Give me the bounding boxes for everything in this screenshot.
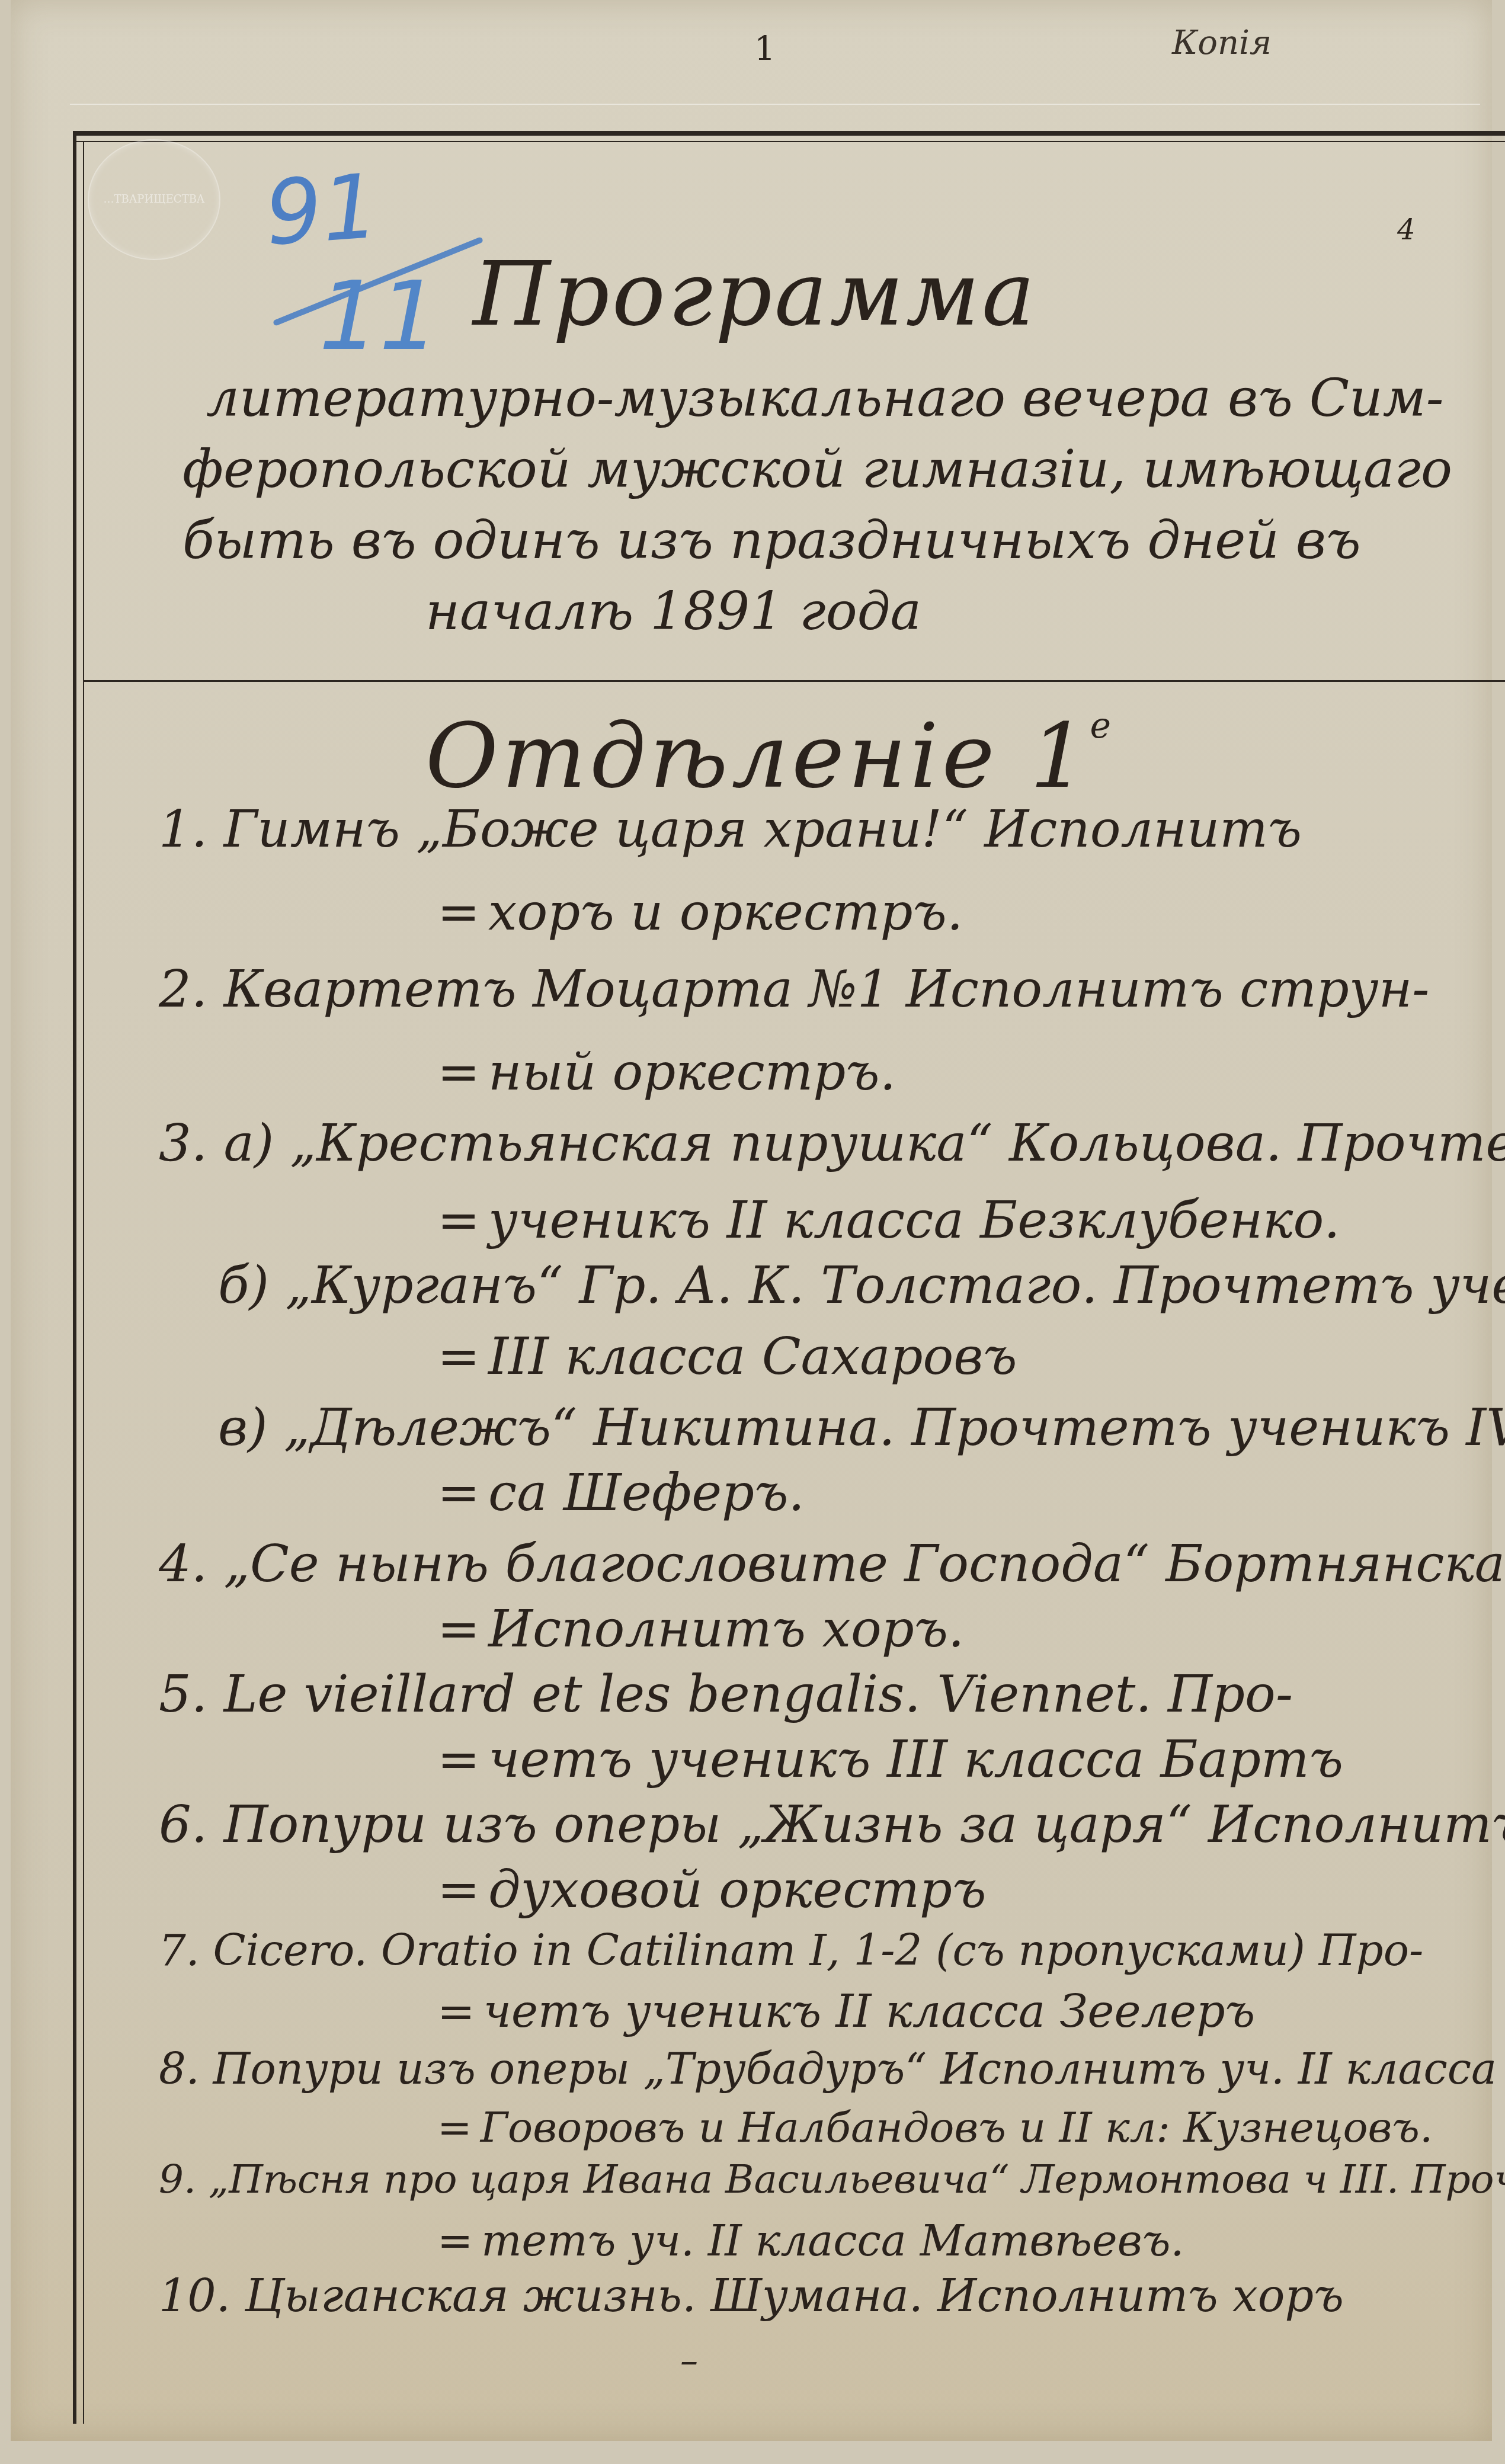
item-continuation-text: четъ ученикъ III класса Бартъ xyxy=(488,1730,1343,1789)
program-item: 1. Гимнъ „Боже царя храни!“ Исполнитъ xyxy=(159,800,1302,859)
document-page: 1 Копія 4 …ТВАРИЩЕСТВА 91 11 Программа л… xyxy=(11,0,1492,2441)
item-number: 3. а) xyxy=(159,1114,274,1173)
corner-mark: 4 xyxy=(1397,213,1416,246)
subtitle-line: быть въ одинъ изъ праздничныхъ дней въ xyxy=(182,510,1361,571)
item-number: 8. xyxy=(159,2044,200,2094)
program-item: 3. а) „Крестьянская пирушка“ Кольцова. П… xyxy=(159,1114,1505,1173)
program-item: 7. Cicero. Oratio in Catilinam I, 1-2 (с… xyxy=(159,1925,1423,1975)
frame-border-left xyxy=(73,131,76,2424)
item-text: Попури изъ оперы „Жизнь за царя“ Исполни… xyxy=(223,1795,1505,1854)
archive-number: 91 xyxy=(262,162,382,259)
item-text: „Крестьянская пирушка“ Кольцова. Прочтет… xyxy=(290,1114,1505,1173)
item-continuation: =Говоровъ и Налбандовъ и II кл: Кузнецов… xyxy=(437,2103,1433,2152)
continuation-dash: = xyxy=(437,1191,480,1250)
item-continuation-text: хоръ и оркестръ. xyxy=(488,883,963,942)
continuation-dash: = xyxy=(437,883,480,942)
program-item: 5. Le vieillard et les bengalis. Viennet… xyxy=(159,1665,1293,1724)
item-text: Гимнъ „Боже царя храни!“ Исполнитъ xyxy=(223,800,1302,859)
item-number: 5. xyxy=(159,1665,207,1724)
frame-border-top xyxy=(73,131,1505,136)
continuation-dash: = xyxy=(437,2216,473,2266)
item-number: 9. xyxy=(159,2157,196,2202)
page-marker: 1 xyxy=(754,30,776,68)
item-continuation-text: четъ ученикъ II класса Зеелеръ xyxy=(483,1985,1256,2037)
item-continuation: =духовой оркестръ xyxy=(437,1860,986,1920)
frame-border-top-thin xyxy=(73,141,1505,142)
continuation-dash: = xyxy=(437,1327,480,1386)
item-text: „Дѣлежъ“ Никитина. Прочтетъ ученикъ IV к… xyxy=(284,1398,1505,1457)
continuation-dash: = xyxy=(437,2103,472,2152)
continuation-dash: = xyxy=(437,1985,475,2037)
program-item: 4. „Се нынѣ благословите Господа“ Бортня… xyxy=(159,1534,1505,1594)
item-text: Квартетъ Моцарта №1 Исполнитъ струн- xyxy=(223,960,1429,1019)
item-continuation: =тетъ уч. II класса Матвѣевъ. xyxy=(437,2216,1184,2266)
item-number: в) xyxy=(218,1398,268,1457)
item-continuation: =ученикъ II класса Безклубенко. xyxy=(437,1191,1340,1250)
item-continuation: =ный оркестръ. xyxy=(437,1043,896,1102)
continuation-dash: = xyxy=(437,1043,480,1102)
stamp-text: …ТВАРИЩЕСТВА xyxy=(104,193,205,206)
item-continuation-text: са Шеферъ. xyxy=(488,1463,805,1523)
item-text: Попури изъ оперы „Трубадуръ“ Исполнитъ у… xyxy=(213,2044,1497,2094)
continuation-dash: = xyxy=(437,1463,480,1523)
item-text: Цыганская жизнь. Шумана. Исполнитъ хоръ xyxy=(245,2269,1344,2322)
document-title: Программа xyxy=(473,243,1038,346)
continuation-dash: = xyxy=(437,1600,480,1659)
section-title-text: Отдѣленіе 1 xyxy=(425,705,1090,808)
item-number: 7. xyxy=(159,1925,200,1975)
item-text: Le vieillard et les bengalis. Viennet. П… xyxy=(223,1665,1293,1724)
item-continuation: =четъ ученикъ II класса Зеелеръ xyxy=(437,1985,1255,2037)
item-text: „Се нынѣ благословите Господа“ Бортнянск… xyxy=(223,1534,1505,1594)
item-number: 10. xyxy=(159,2269,230,2322)
item-continuation: =четъ ученикъ III класса Бартъ xyxy=(437,1730,1343,1789)
item-text: Cicero. Oratio in Catilinam I, 1-2 (съ п… xyxy=(213,1925,1424,1975)
program-item: 2. Квартетъ Моцарта №1 Исполнитъ струн- xyxy=(159,960,1429,1019)
item-continuation: =хоръ и оркестръ. xyxy=(437,883,963,942)
frame-border-left-thin xyxy=(83,141,84,2424)
item-continuation-text: ученикъ II класса Безклубенко. xyxy=(488,1191,1340,1250)
item-continuation-text: ный оркестръ. xyxy=(488,1043,896,1102)
item-number: 2. xyxy=(159,960,207,1019)
program-item: 9. „Пѣсня про царя Ивана Васильевича“ Ле… xyxy=(159,2157,1505,2202)
bottom-mark: – xyxy=(680,2340,698,2382)
program-item: 10. Цыганская жизнь. Шумана. Исполнитъ х… xyxy=(159,2269,1344,2322)
item-number: 6. xyxy=(159,1795,207,1854)
program-item: 6. Попури изъ оперы „Жизнь за царя“ Испо… xyxy=(159,1795,1505,1854)
subtitle-line: феропольской мужской гимназіи, имѣющаго xyxy=(182,438,1452,499)
item-continuation-text: III класса Сахаровъ xyxy=(488,1327,1017,1386)
item-number: 1. xyxy=(159,800,207,859)
program-item: в) „Дѣлежъ“ Никитина. Прочтетъ ученикъ I… xyxy=(218,1398,1505,1457)
section-title-sup: е xyxy=(1090,705,1115,746)
item-number: 4. xyxy=(159,1534,207,1594)
archive-number-sub: 11 xyxy=(319,261,440,371)
item-continuation-text: Говоровъ и Налбандовъ и II кл: Кузнецовъ… xyxy=(481,2103,1433,2152)
subtitle-line: началѣ 1891 года xyxy=(425,581,921,642)
embossed-stamp-icon: …ТВАРИЩЕСТВА xyxy=(88,139,220,260)
item-continuation-text: Исполнитъ хоръ. xyxy=(488,1600,964,1659)
program-item: 8. Попури изъ оперы „Трубадуръ“ Исполнит… xyxy=(159,2044,1497,2094)
continuation-dash: = xyxy=(437,1730,480,1789)
item-continuation: =са Шеферъ. xyxy=(437,1463,805,1523)
paper-fold xyxy=(70,104,1480,105)
item-number: б) xyxy=(218,1256,269,1315)
item-continuation-text: тетъ уч. II класса Матвѣевъ. xyxy=(481,2216,1184,2266)
program-item: б) „Курганъ“ Гр. А. К. Толстаго. Прочтет… xyxy=(218,1256,1505,1315)
item-text: „Курганъ“ Гр. А. К. Толстаго. Прочтетъ у… xyxy=(285,1256,1505,1315)
section-title: Отдѣленіе 1е xyxy=(425,705,1115,808)
item-continuation: =III класса Сахаровъ xyxy=(437,1327,1017,1386)
header-separator xyxy=(83,680,1505,682)
item-continuation: =Исполнитъ хоръ. xyxy=(437,1600,964,1659)
item-continuation-text: духовой оркестръ xyxy=(488,1860,986,1920)
continuation-dash: = xyxy=(437,1860,480,1920)
subtitle-line: литературно-музыкальнаго вечера въ Сим- xyxy=(206,367,1443,428)
item-text: „Пѣсня про царя Ивана Васильевича“ Лермо… xyxy=(209,2157,1505,2202)
copy-label: Копія xyxy=(1172,24,1272,62)
